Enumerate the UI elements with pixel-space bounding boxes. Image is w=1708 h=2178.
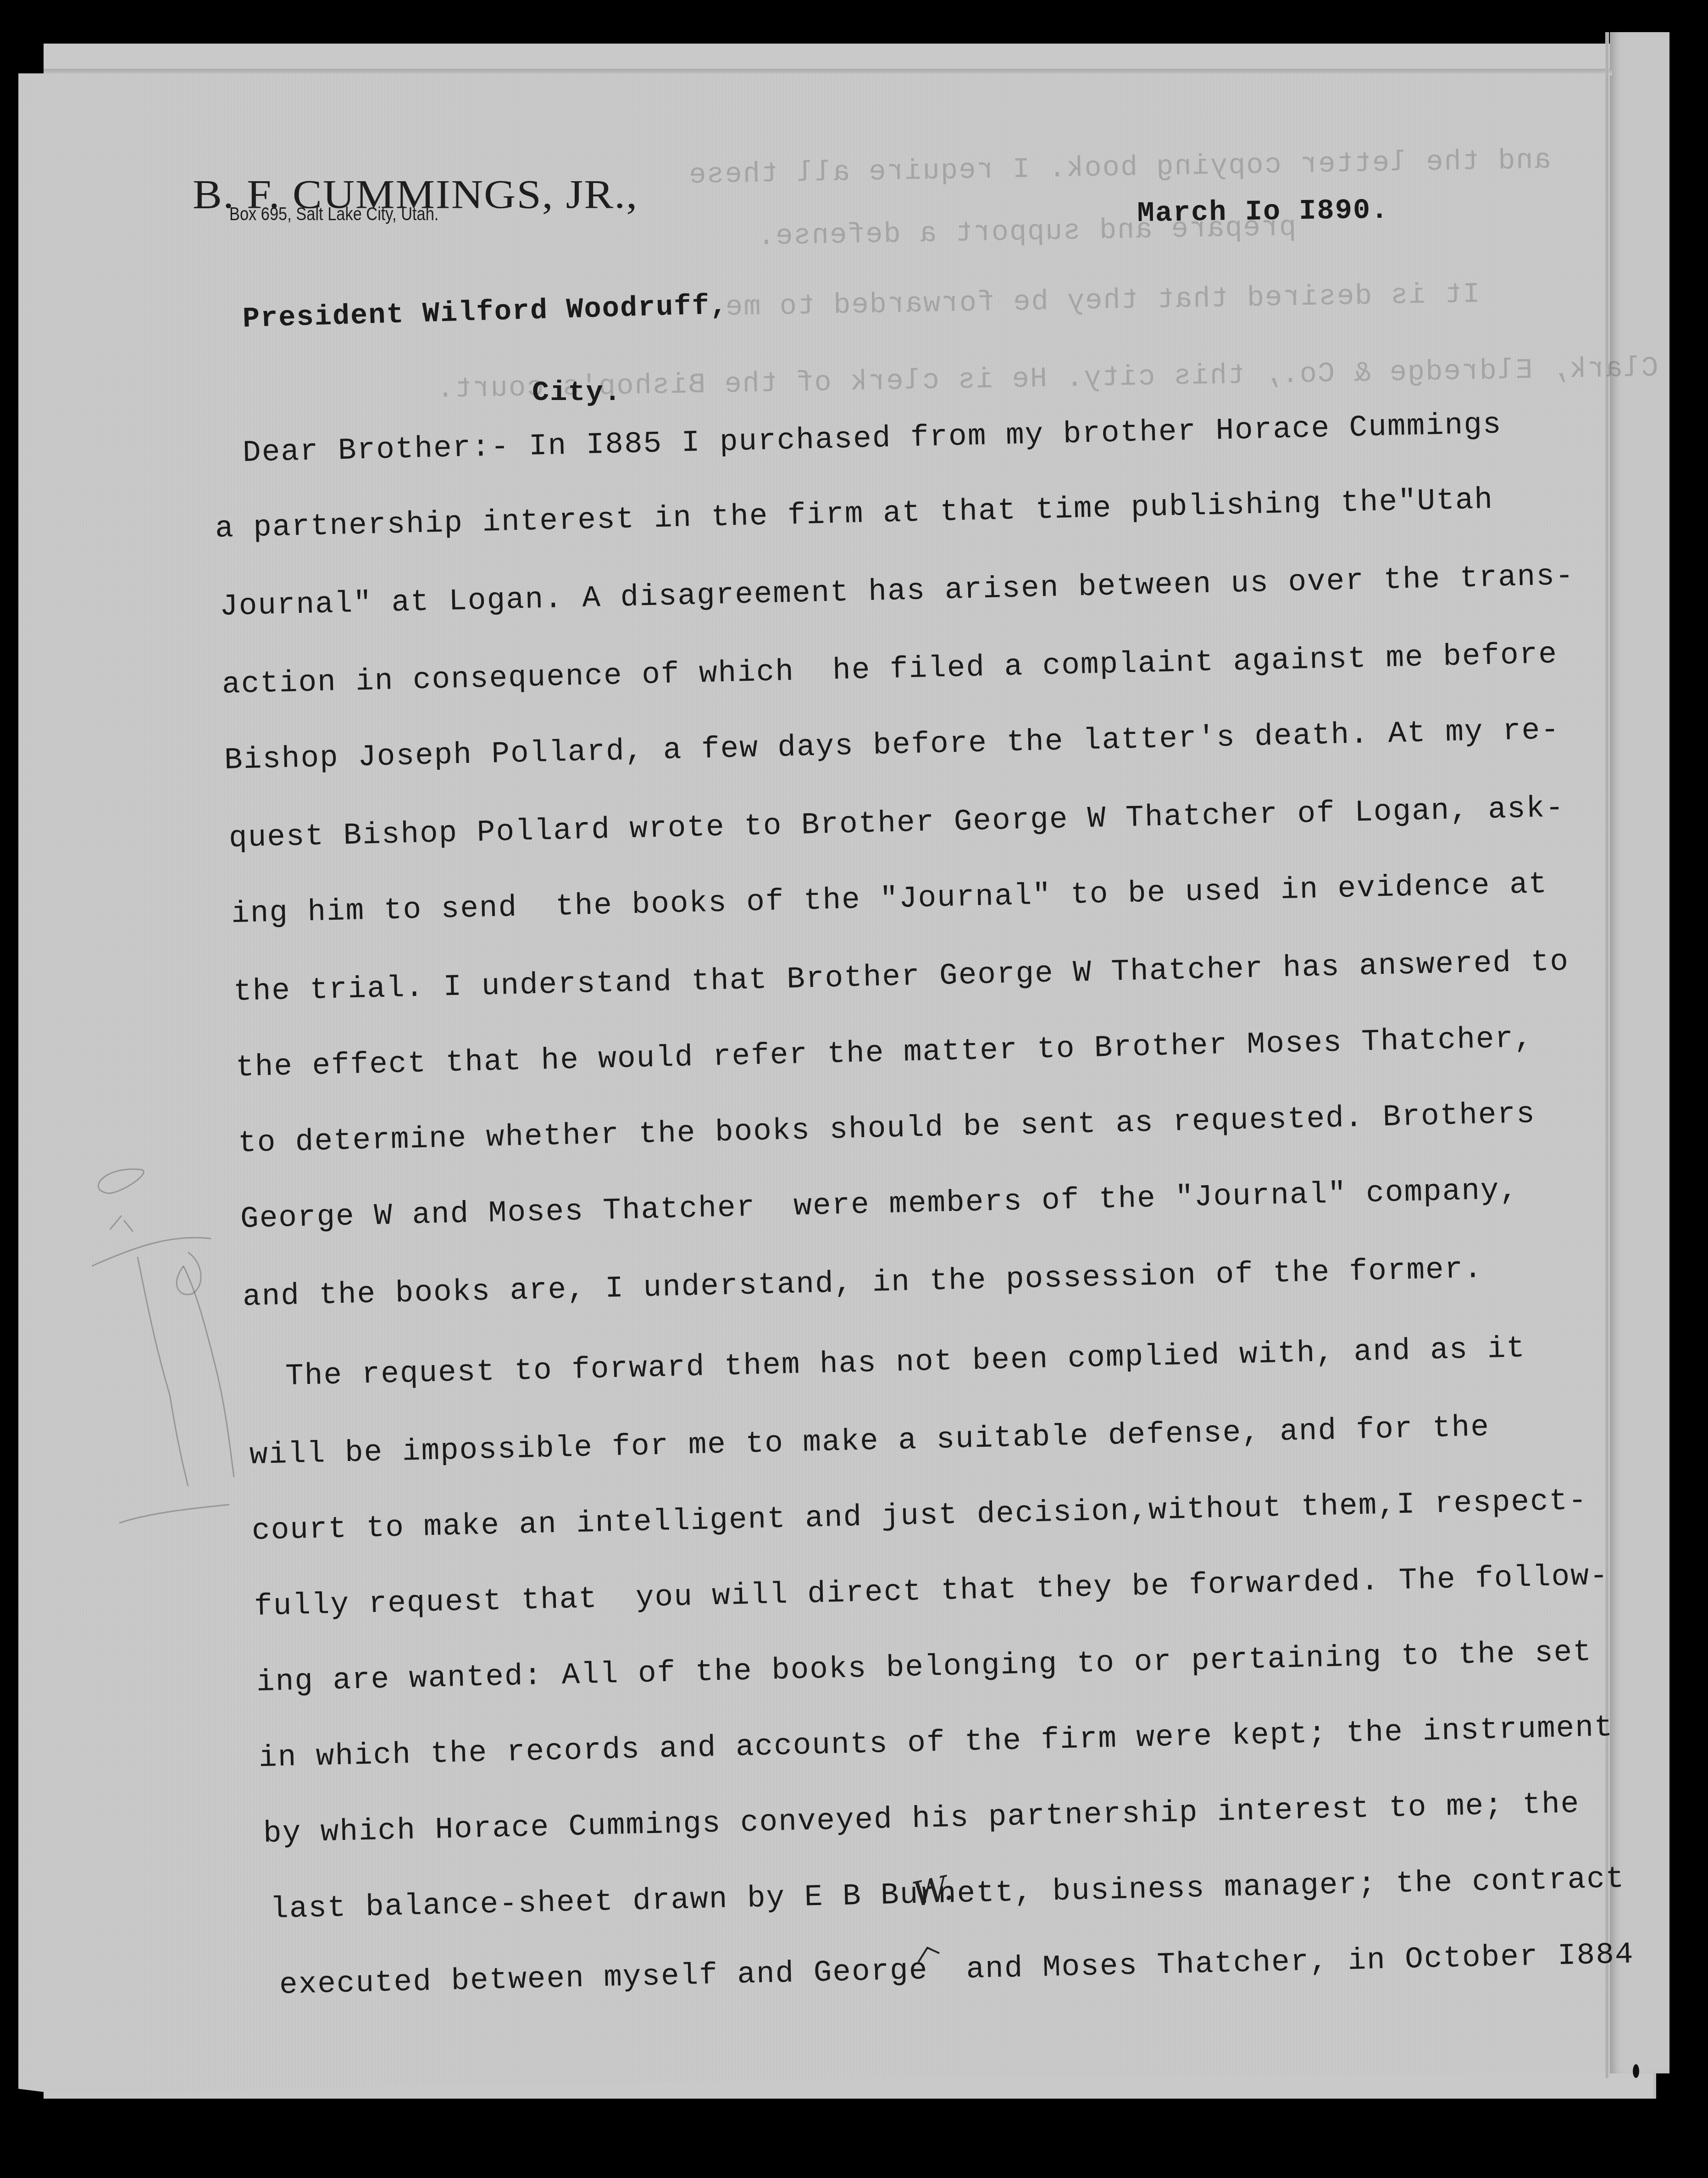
page-fold [1605, 32, 1609, 2078]
letterhead-address: Box 695, Salt Lake City, Utah. [229, 204, 438, 225]
letter-date: March Io I890. [1137, 194, 1389, 230]
ink-speck [1633, 2064, 1639, 2078]
marginal-pencil-notes [78, 1156, 252, 1569]
underlying-sheet-edge [1610, 32, 1669, 2073]
addressee-city: City. [532, 376, 622, 409]
insertion-caret-icon [917, 1945, 940, 1963]
handwritten-insertion: W. [909, 1868, 956, 1915]
